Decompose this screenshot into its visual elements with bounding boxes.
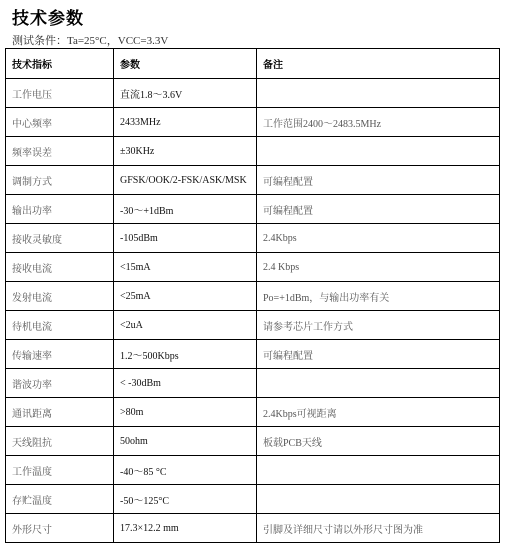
header-parameter: 参数 bbox=[114, 49, 257, 79]
spec-label: 工作温度 bbox=[6, 456, 114, 485]
spec-label: 天线阻抗 bbox=[6, 427, 114, 456]
spec-value: >80m bbox=[114, 398, 257, 427]
table-row: 接收灵敏度-105dBm2.4Kbps bbox=[6, 224, 500, 253]
spec-note: 引脚及详细尺寸请以外形尺寸图为准 bbox=[257, 514, 500, 543]
table-row: 频率误差±30KHz bbox=[6, 137, 500, 166]
spec-value: 直流1.8～3.6V bbox=[114, 79, 257, 108]
table-row: 工作电压直流1.8～3.6V bbox=[6, 79, 500, 108]
table-header-row: 技术指标 参数 备注 bbox=[6, 49, 500, 79]
table-row: 接收电流<15mA2.4 Kbps bbox=[6, 253, 500, 282]
spec-value: ±30KHz bbox=[114, 137, 257, 166]
spec-note: 板载PCB天线 bbox=[257, 427, 500, 456]
spec-label: 待机电流 bbox=[6, 311, 114, 340]
header-remarks: 备注 bbox=[257, 49, 500, 79]
table-row: 天线阻抗50ohm板载PCB天线 bbox=[6, 427, 500, 456]
spec-value: GFSK/OOK/2-FSK/ASK/MSK bbox=[114, 166, 257, 195]
spec-label: 谐波功率 bbox=[6, 369, 114, 398]
spec-label: 接收电流 bbox=[6, 253, 114, 282]
spec-note: 2.4Kbps可视距离 bbox=[257, 398, 500, 427]
spec-label: 接收灵敏度 bbox=[6, 224, 114, 253]
spec-label: 频率误差 bbox=[6, 137, 114, 166]
spec-label: 外形尺寸 bbox=[6, 514, 114, 543]
header-spec-item: 技术指标 bbox=[6, 49, 114, 79]
spec-value: <15mA bbox=[114, 253, 257, 282]
spec-label: 通讯距离 bbox=[6, 398, 114, 427]
spec-note bbox=[257, 137, 500, 166]
spec-note: 可编程配置 bbox=[257, 340, 500, 369]
spec-value: < -30dBm bbox=[114, 369, 257, 398]
spec-table: 技术指标 参数 备注 工作电压直流1.8～3.6V中心频率2433MHz工作范围… bbox=[5, 48, 500, 543]
table-row: 工作温度-40～85 °C bbox=[6, 456, 500, 485]
table-row: 中心频率2433MHz工作范围2400～2483.5MHz bbox=[6, 108, 500, 137]
spec-value: -30～+1dBm bbox=[114, 195, 257, 224]
spec-note: 工作范围2400～2483.5MHz bbox=[257, 108, 500, 137]
spec-value: <25mA bbox=[114, 282, 257, 311]
spec-label: 输出功率 bbox=[6, 195, 114, 224]
spec-value: <2uA bbox=[114, 311, 257, 340]
table-row: 调制方式GFSK/OOK/2-FSK/ASK/MSK可编程配置 bbox=[6, 166, 500, 195]
spec-note: 可编程配置 bbox=[257, 195, 500, 224]
table-row: 谐波功率< -30dBm bbox=[6, 369, 500, 398]
spec-note bbox=[257, 485, 500, 514]
spec-note bbox=[257, 79, 500, 108]
spec-label: 调制方式 bbox=[6, 166, 114, 195]
spec-note: 请参考芯片工作方式 bbox=[257, 311, 500, 340]
table-row: 外形尺寸17.3×12.2 mm引脚及详细尺寸请以外形尺寸图为准 bbox=[6, 514, 500, 543]
spec-label: 工作电压 bbox=[6, 79, 114, 108]
spec-value: 17.3×12.2 mm bbox=[114, 514, 257, 543]
spec-value: -40～85 °C bbox=[114, 456, 257, 485]
spec-label: 传输速率 bbox=[6, 340, 114, 369]
spec-label: 发射电流 bbox=[6, 282, 114, 311]
spec-note: 2.4Kbps bbox=[257, 224, 500, 253]
spec-value: 50ohm bbox=[114, 427, 257, 456]
table-row: 存贮温度-50～125°C bbox=[6, 485, 500, 514]
spec-note: 可编程配置 bbox=[257, 166, 500, 195]
table-row: 发射电流<25mAPo=+1dBm，与输出功率有关 bbox=[6, 282, 500, 311]
spec-note: 2.4 Kbps bbox=[257, 253, 500, 282]
page-title: 技术参数 bbox=[12, 4, 84, 29]
spec-note bbox=[257, 369, 500, 398]
table-row: 通讯距离>80m2.4Kbps可视距离 bbox=[6, 398, 500, 427]
spec-value: -105dBm bbox=[114, 224, 257, 253]
table-row: 输出功率-30～+1dBm可编程配置 bbox=[6, 195, 500, 224]
spec-note: Po=+1dBm，与输出功率有关 bbox=[257, 282, 500, 311]
table-row: 待机电流<2uA请参考芯片工作方式 bbox=[6, 311, 500, 340]
spec-value: 1.2～500Kbps bbox=[114, 340, 257, 369]
table-row: 传输速率1.2～500Kbps可编程配置 bbox=[6, 340, 500, 369]
spec-label: 中心频率 bbox=[6, 108, 114, 137]
spec-value: -50～125°C bbox=[114, 485, 257, 514]
test-conditions: 测试条件：Ta=25°C，VCC=3.3V bbox=[12, 32, 168, 48]
spec-note bbox=[257, 456, 500, 485]
spec-label: 存贮温度 bbox=[6, 485, 114, 514]
spec-value: 2433MHz bbox=[114, 108, 257, 137]
